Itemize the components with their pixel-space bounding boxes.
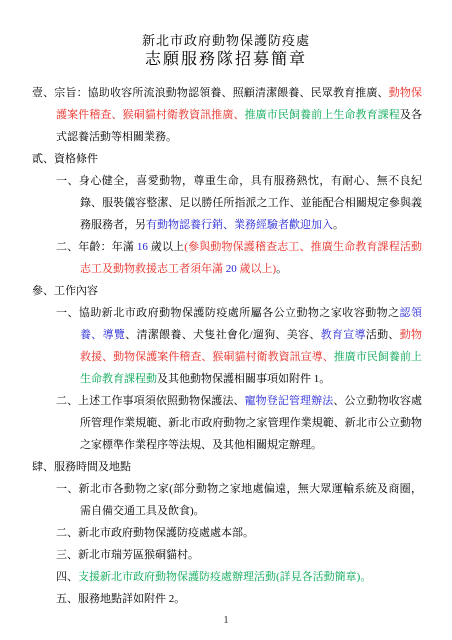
text-run-black: 一、協助新北市政府動物保護防疫處所屬各公立動物之家收容動物之: [56, 307, 400, 319]
text-run-black: 肆、服務時間及地點: [32, 461, 131, 473]
paragraph: 貳、資格條件: [32, 148, 422, 170]
paragraph: 一、新北市各動物之家(部分動物之家地處偏遠，無大眾運輸系統及商圈，需自備交通工具…: [56, 478, 422, 522]
text-run-black: 五、服務地點詳如附件 2。: [56, 593, 185, 605]
text-run-black: 參、工作內容: [32, 285, 98, 297]
text-run-black: 三、新北市瑞芳區猴硐貓村。: [56, 549, 199, 561]
text-run-black: 、清潔餵養、犬隻社會化/遛狗、美容、: [125, 329, 320, 341]
text-run-black: 二、新北市政府動物保護防疫處處本部。: [56, 527, 254, 539]
text-run-black: 。: [276, 263, 287, 275]
text-run-black: 二、上述工作事項須依照動物保護法、: [56, 395, 245, 407]
text-run-blue: 20: [226, 263, 237, 275]
text-run-black: 貳、資格條件: [32, 153, 98, 165]
paragraph: 二、新北市政府動物保護防疫處處本部。: [56, 522, 422, 544]
paragraph: 一、協助新北市政府動物保護防疫處所屬各公立動物之家收容動物之認領養、導覽、清潔餵…: [56, 302, 422, 390]
paragraph: 一、身心健全，喜愛動物，尊重生命，具有服務熱忱，有耐心、無不良紀錄、服裝儀容整潔…: [56, 170, 422, 236]
text-run-blue: 教育宣導: [321, 329, 366, 341]
paragraph: 四、支援新北市政府動物保護防疫處辦理活動(詳見各活動簡章)。: [56, 566, 422, 588]
document-body: 壹、宗旨：協助收容所流浪動物認領養、照顧清潔餵養、民眾教育推廣、動物保護案件稽查…: [0, 71, 452, 610]
document-title: 志願服務隊招募簡章: [0, 49, 452, 71]
document-header: 新北市政府動物保護防疫處 志願服務隊招募簡章: [0, 0, 452, 71]
text-run-green: 支援新北市政府動物保護防疫處辦理活動(詳見各活動簡章)。: [78, 571, 371, 583]
text-run-black: 歲以上: [148, 241, 184, 253]
text-run-black: 活動、: [366, 329, 400, 341]
paragraph: 壹、宗旨：協助收容所流浪動物認領養、照顧清潔餵養、民眾教育推廣、動物保護案件稽查…: [32, 82, 422, 148]
text-run-black: 壹、宗旨：協助收容所流浪動物認領養、照顧清潔餵養、民眾教育推廣、: [32, 87, 389, 99]
paragraph: 參、工作內容: [32, 280, 422, 302]
page-number: 1: [0, 614, 452, 626]
paragraph: 五、服務地點詳如附件 2。: [56, 588, 422, 610]
text-run-black: 二、年齡：年滿: [56, 241, 137, 253]
paragraph: 肆、服務時間及地點: [32, 456, 422, 478]
text-run-black: 一、新北市各動物之家(部分動物之家地處偏遠，無大眾運輸系統及商圈，需自備交通工具…: [56, 483, 422, 517]
text-run-red: 歲以上): [237, 263, 276, 275]
paragraph: 二、年齡：年滿 16 歲以上(參與動物保護稽查志工、推廣生命教育課程活動志工及動…: [56, 236, 422, 280]
text-run-blue: 16: [137, 241, 148, 253]
paragraph: 三、新北市瑞芳區猴硐貓村。: [56, 544, 422, 566]
paragraph: 二、上述工作事項須依照動物保護法、寵物登記管理辦法、公立動物收容處所管理作業規範…: [56, 390, 422, 456]
text-run-blue: 有動物認養行銷、業務經驗者歡迎加入: [146, 219, 333, 231]
organization-title: 新北市政府動物保護防疫處: [0, 32, 452, 49]
text-run-black: 四、: [56, 571, 78, 583]
text-run-black: 。: [333, 219, 344, 231]
text-run-black: 及其他動物保護相關事項如附件 1。: [157, 373, 330, 385]
text-run-blue: 寵物登記管理辦法: [245, 395, 334, 407]
text-run-green: 推廣市民飼養前上生命教育課程: [245, 109, 400, 121]
document-page: 新北市政府動物保護防疫處 志願服務隊招募簡章 壹、宗旨：協助收容所流浪動物認領養…: [0, 0, 452, 640]
